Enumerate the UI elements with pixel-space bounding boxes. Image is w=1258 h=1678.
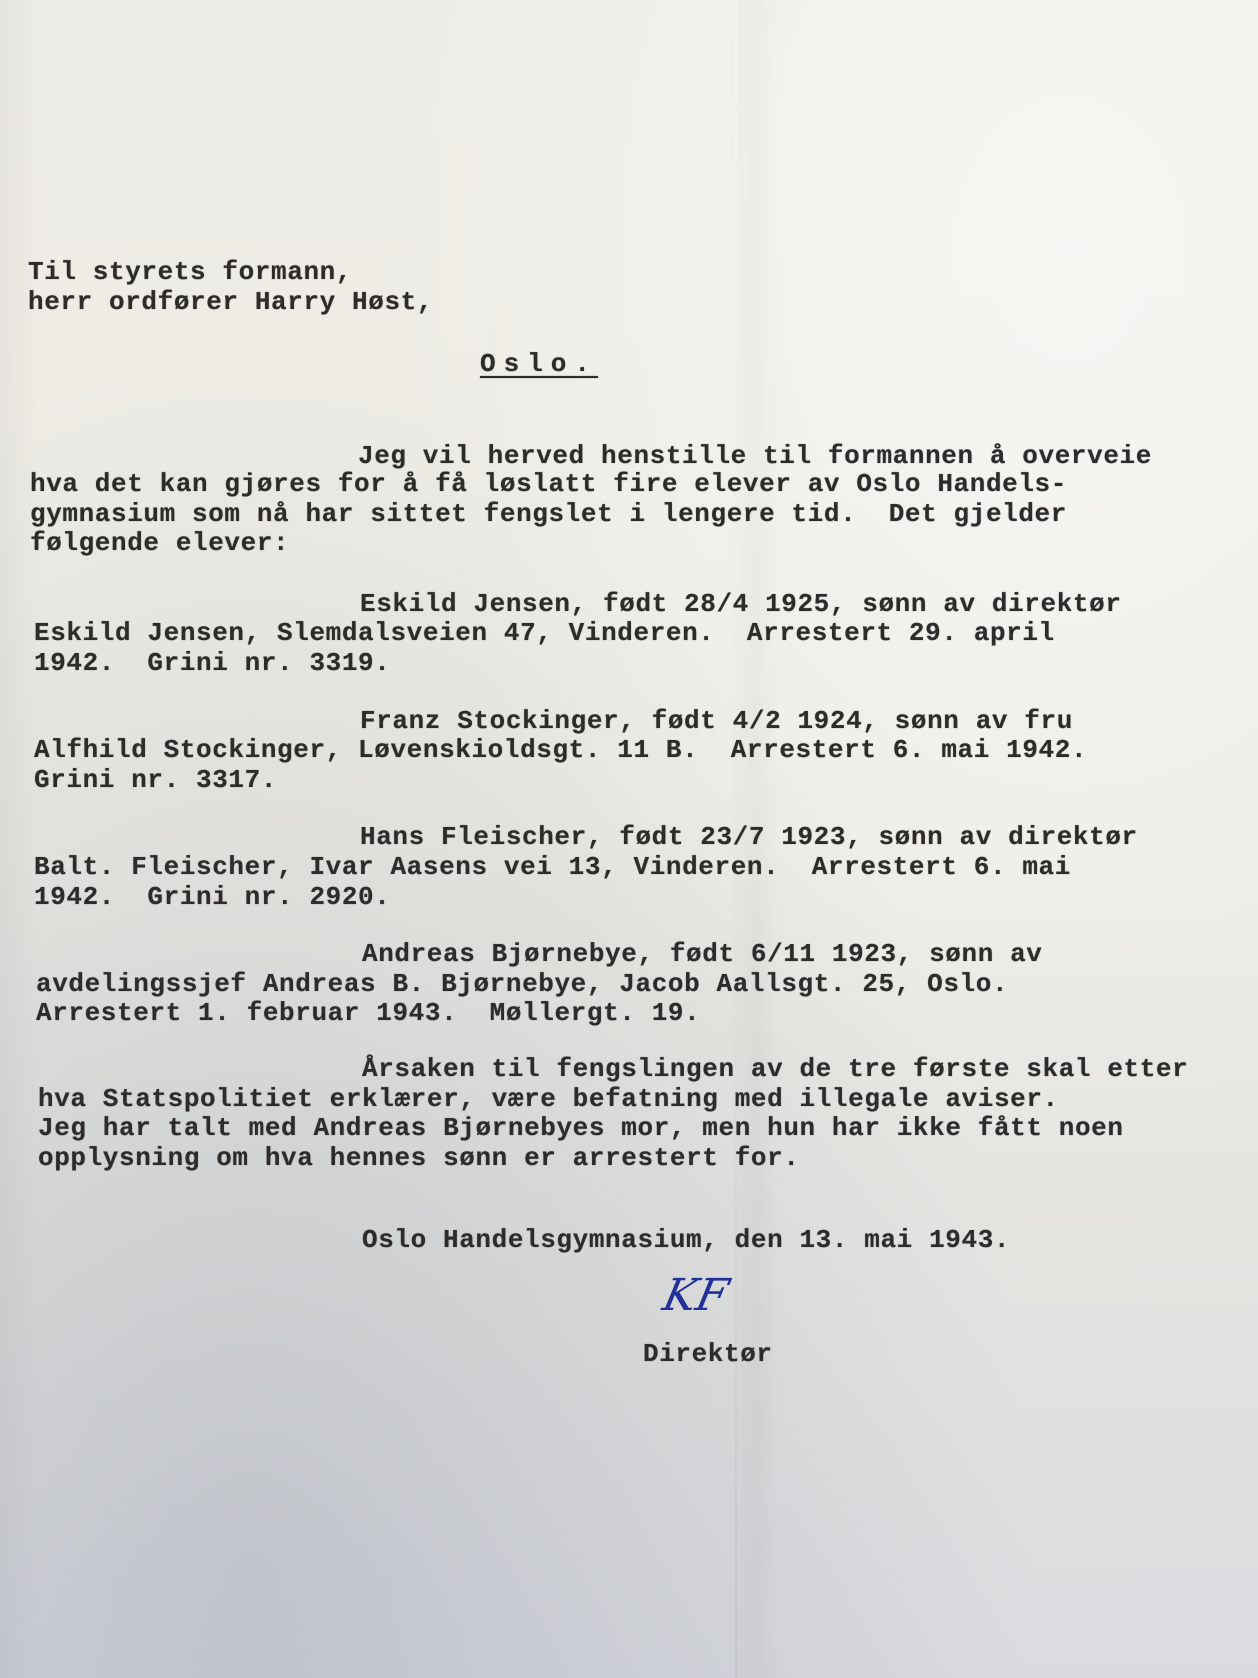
student-1-line-2: Eskild Jensen, Slemdalsveien 47, Vindere… [34, 619, 1055, 648]
student-2-line-2: Alfhild Stockinger, Løvenskioldsgt. 11 B… [34, 736, 1087, 765]
intro-line-1: Jeg vil herved henstille til formannen å… [358, 442, 1152, 471]
reason-line-1: Årsaken til fengslingen av de tre første… [362, 1055, 1188, 1084]
student-2-line-1: Franz Stockinger, født 4/2 1924, sønn av… [360, 707, 1073, 736]
student-1-line-1: Eskild Jensen, født 28/4 1925, sønn av d… [360, 590, 1122, 619]
student-2-line-3: Grini nr. 3317. [34, 766, 277, 795]
reason-line-4: opplysning om hva hennes sønn er arreste… [38, 1144, 800, 1173]
student-3-line-1: Hans Fleischer, født 23/7 1923, sønn av … [360, 823, 1138, 852]
intro-line-4: følgende elever: [30, 529, 289, 558]
address-line-2: herr ordfører Harry Høst, [28, 288, 433, 317]
intro-line-2: hva det kan gjøres for å få løslatt fire… [30, 470, 1067, 499]
intro-line-3: gymnasium som nå har sittet fengslet i l… [30, 500, 1067, 529]
reason-line-3: Jeg har talt med Andreas Bjørnebyes mor,… [38, 1114, 1124, 1143]
letter-page: Til styrets formann, herr ordfører Harry… [0, 0, 1258, 1678]
signature-title: Direktør [643, 1340, 773, 1369]
student-1-line-3: 1942. Grini nr. 3319. [34, 649, 390, 678]
handwritten-signature: KF [659, 1270, 733, 1321]
student-4-line-1: Andreas Bjørnebye, født 6/11 1923, sønn … [362, 940, 1043, 969]
city-heading: Oslo. [480, 350, 598, 379]
student-3-line-3: 1942. Grini nr. 2920. [34, 883, 390, 912]
place-date: Oslo Handelsgymnasium, den 13. mai 1943. [362, 1226, 1010, 1255]
student-3-line-2: Balt. Fleischer, Ivar Aasens vei 13, Vin… [34, 853, 1071, 882]
student-4-line-3: Arrestert 1. februar 1943. Møllergt. 19. [36, 999, 700, 1028]
address-line-1: Til styrets formann, [28, 258, 352, 287]
student-4-line-2: avdelingssjef Andreas B. Bjørnebye, Jaco… [36, 970, 1008, 999]
reason-line-2: hva Statspolitiet erklærer, være befatni… [38, 1085, 1059, 1114]
